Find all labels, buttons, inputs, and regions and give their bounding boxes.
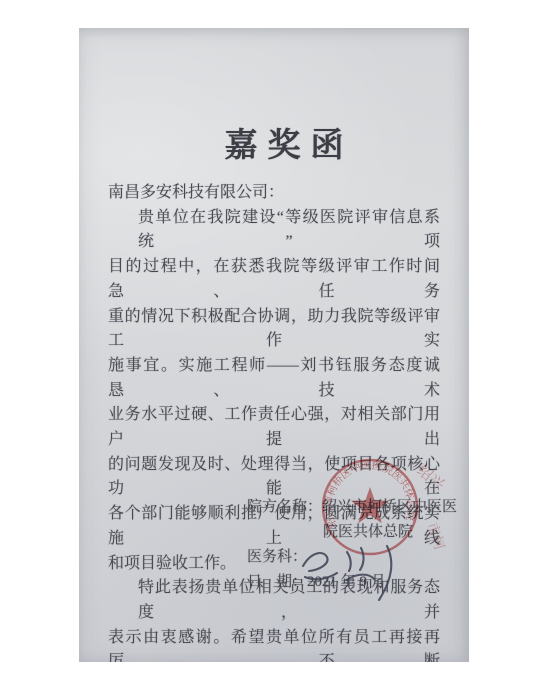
body-line: 施事宜。实施工程师——刘书钰服务态度诚恳、技术 [108,354,440,403]
seal-ghost-text-2: 市柯 [423,520,448,552]
signature-stroke [347,548,374,580]
body-line: 目的过程中，在获悉我院等级评审工作时间急、任务 [108,255,440,304]
seal-star-icon [351,487,389,523]
photo-of-paper-document: 嘉奖函 南昌多安科技有限公司： 贵单位在我院建设“等级医院评审信息系统”项 目的… [79,28,469,662]
scanned-letter-page: 嘉奖函 南昌多安科技有限公司： 贵单位在我院建设“等级医院评审信息系统”项 目的… [0,0,553,695]
handwritten-signature [295,540,407,604]
body-line: 表示由衷感谢。希望贵单位所有员工再接再厉，不断 [108,626,440,662]
body-line: 重的情况下积极配合协调，助力我院等级评审工作实 [108,305,440,354]
body-line: 贵单位在我院建设“等级医院评审信息系统”项 [108,206,440,255]
letter-title: 嘉奖函 [89,128,469,164]
signature-stroke [303,553,337,579]
signature-stroke [379,546,391,600]
salutation: 南昌多安科技有限公司： [108,181,440,206]
seal-ghost-text-1: 绍兴 [414,462,449,494]
